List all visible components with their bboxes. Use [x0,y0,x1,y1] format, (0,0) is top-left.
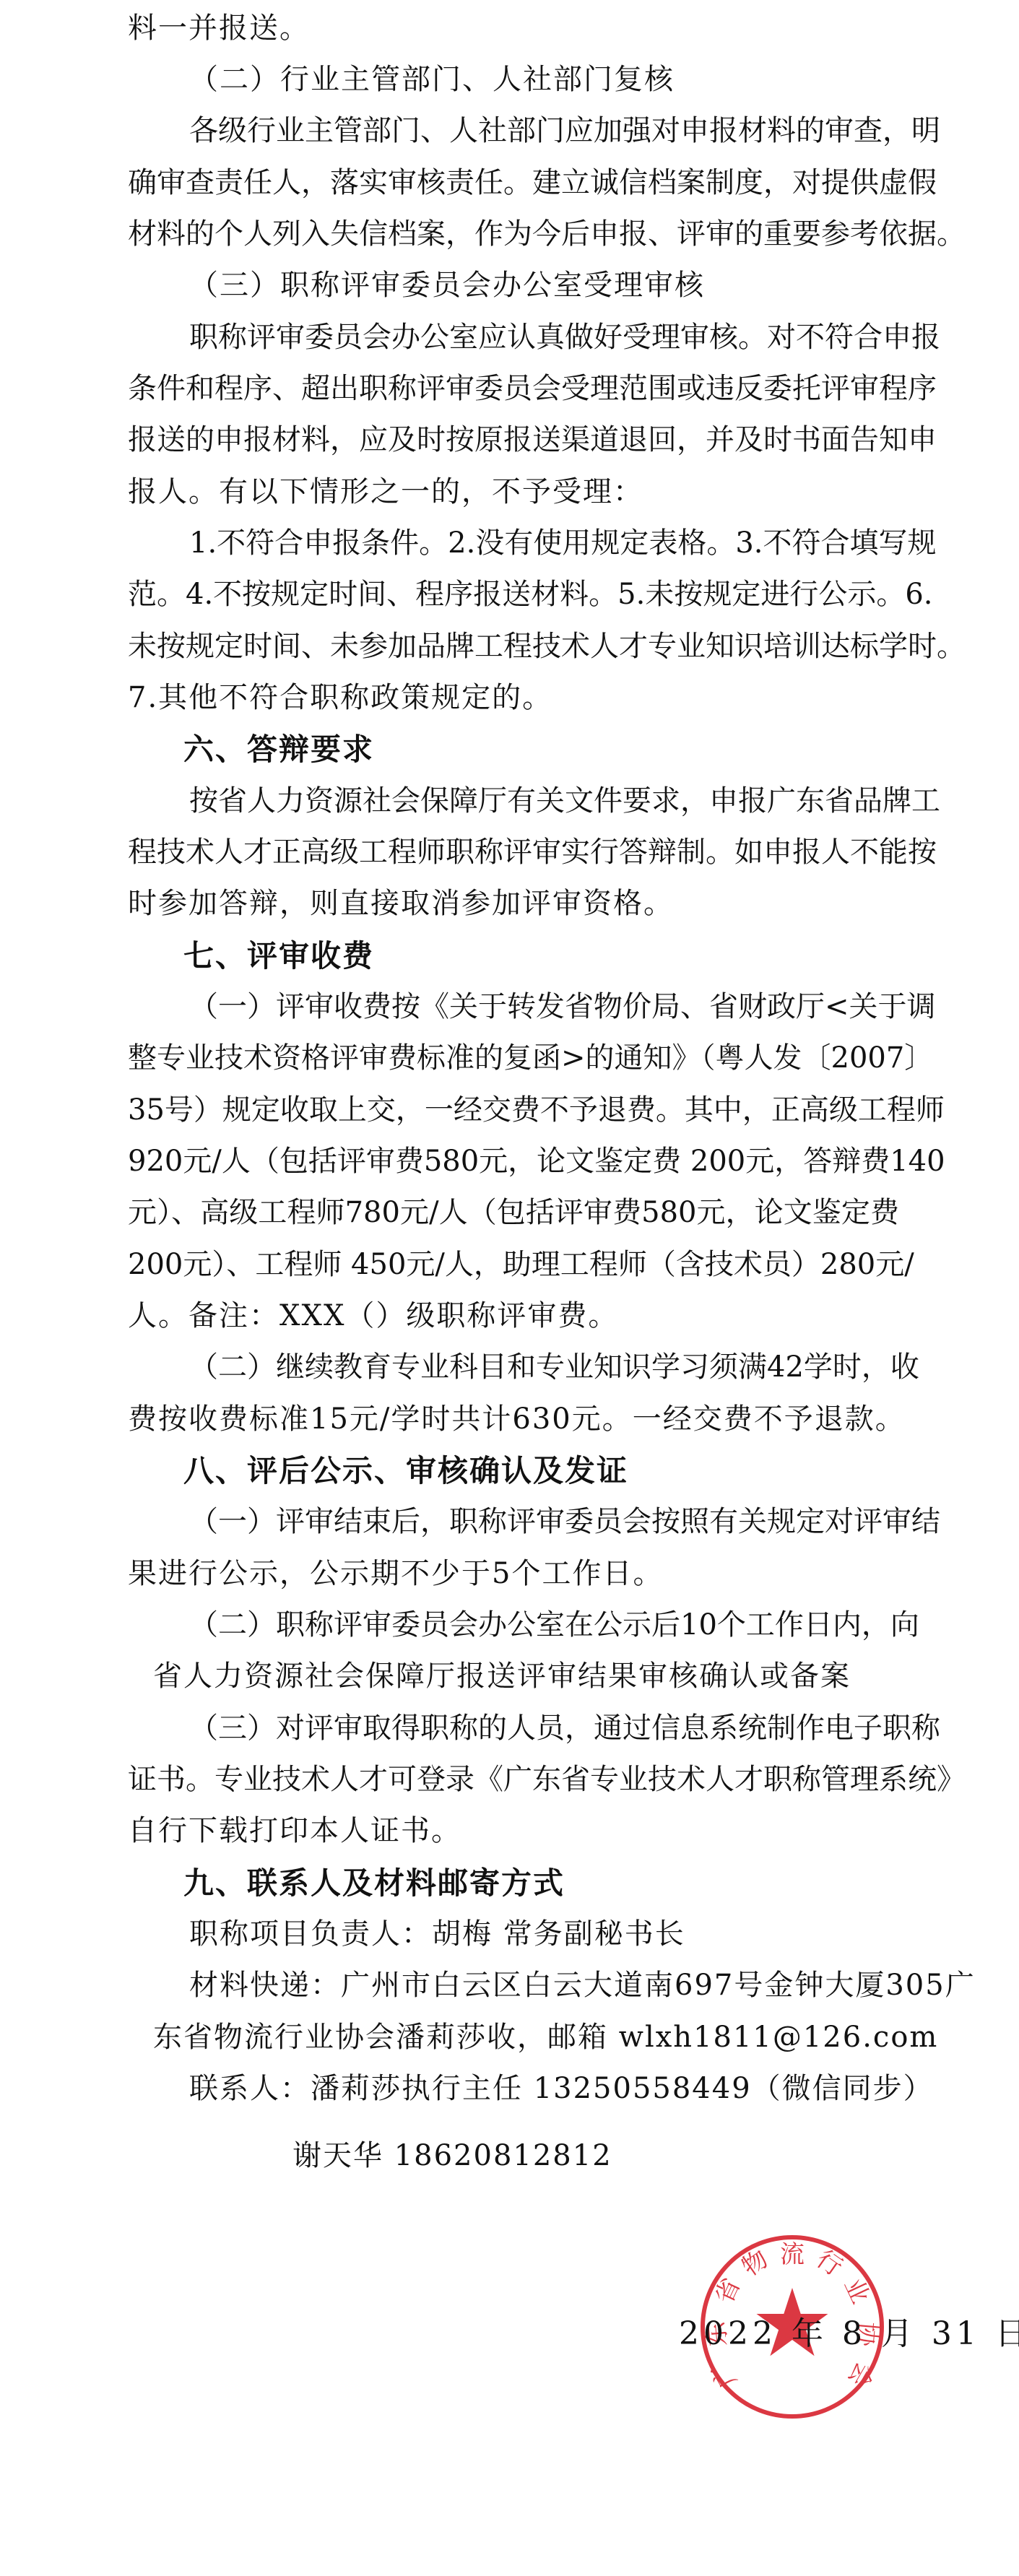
contact-line: 职称项目负责人：胡梅 常务副秘书长 [189,1909,685,1960]
paragraph-line: 各级行业主管部门、人社部门应加强对申报材料的审查，明 [189,105,899,157]
paragraph-line: 报人。有以下情形之一的，不予受理： [128,467,643,518]
paragraph-line: 整专业技术资格评审费标准的复函>的通知》（粤人发〔2007〕 [128,1033,899,1084]
paragraph-line: 职称评审委员会办公室应认真做好受理审核。对不符合申报 [189,312,899,363]
section-heading: 七、评审收费 [183,930,374,981]
svg-text:流: 流 [780,2240,805,2269]
paragraph-line: 920元/人（包括评审费580元，论文鉴定费 200元，答辩费140 [128,1136,899,1187]
document-date: 2022 年 8 月 31 日 [679,2315,1019,2354]
paragraph-line: 费按收费标准15元/学时共计630元。一经交费不予退款。 [128,1394,906,1445]
paragraph-line: 人。备注：XXX（）级职称评审费。 [128,1291,618,1342]
paragraph-line: 省人力资源社会保障厅报送评审结果审核确认或备案 [153,1651,851,1702]
contact-line: 东省物流行业协会潘莉莎收，邮箱 wlxh1811@126.com [153,2012,938,2063]
paragraph-line: 200元）、工程师 450元/人，助理工程师（含技术员）280元/ [128,1239,899,1291]
paragraph-line: 证书。专业技术人才可登录《广东省专业技术人才职称管理系统》 [128,1754,899,1805]
paragraph-line: 7.其他不符合职称政策规定的。 [128,672,552,724]
paragraph-line: 35号）规定收取上交，一经交费不予退费。其中，正高级工程师 [128,1085,899,1136]
section-heading: 九、联系人及材料邮寄方式 [183,1857,565,1909]
subsection-title: （三）职称评审委员会办公室受理审核 [189,260,705,311]
paragraph-line: 自行下载打印本人证书。 [128,1805,461,1857]
paragraph-line: （二）职称评审委员会办公室在公示后10个工作日内，向 [189,1600,899,1651]
paragraph-line: 料一并报送。 [128,3,310,54]
document-page: 料一并报送。 （二）行业主管部门、人社部门复核 各级行业主管部门、人社部门应加强… [0,0,1019,2576]
paragraph-line: 材料的个人列入失信档案，作为今后申报、评审的重要参考依据。 [128,209,899,260]
paragraph-line: 时参加答辩，则直接取消参加评审资格。 [128,878,674,929]
paragraph-line: （一）评审结束后，职称评审委员会按照有关规定对评审结 [189,1496,899,1548]
paragraph-line: 条件和程序、超出职称评审委员会受理范围或违反委托评审程序 [128,363,899,415]
paragraph-line: （二）继续教育专业科目和专业知识学习须满42学时，收 [189,1342,899,1393]
paragraph-line: 1.不符合申报条件。2.没有使用规定表格。3.不符合填写规 [189,518,899,569]
section-heading: 六、答辩要求 [183,724,374,775]
paragraph-line: 范。4.不按规定时间、程序报送材料。5.未按规定进行公示。6. [128,569,899,620]
paragraph-line: 程技术人才正高级工程师职称评审实行答辩制。如申报人不能按 [128,827,899,878]
paragraph-line: （一）评审收费按《关于转发省物价局、省财政厅<关于调 [189,981,899,1033]
paragraph-line: 按省人力资源社会保障厅有关文件要求，申报广东省品牌工 [189,776,899,827]
section-heading: 八、评后公示、审核确认及发证 [183,1445,628,1496]
paragraph-line: 未按规定时间、未参加品牌工程技术人才专业知识培训达标学时。 [128,621,899,672]
subsection-title: （二）行业主管部门、人社部门复核 [189,54,675,105]
contact-line: 联系人：潘莉莎执行主任 13250558449（微信同步） [189,2063,934,2115]
contact-line: 材料快递：广州市白云区白云大道南697号金钟大厦305广 [189,1960,976,2011]
paragraph-line: 果进行公示，公示期不少于5个工作日。 [128,1548,663,1600]
paragraph-line: 报送的申报材料，应及时按原报送渠道退回，并及时书面告知申 [128,415,899,466]
paragraph-line: （三）对评审取得职称的人员，通过信息系统制作电子职称 [189,1703,899,1754]
paragraph-line: 确审查责任人，落实审核责任。建立诚信档案制度，对提供虚假 [128,157,899,209]
contact-line: 谢天华 18620812812 [292,2130,612,2182]
paragraph-line: 元）、高级工程师780元/人（包括评审费580元，论文鉴定费 [128,1187,899,1239]
